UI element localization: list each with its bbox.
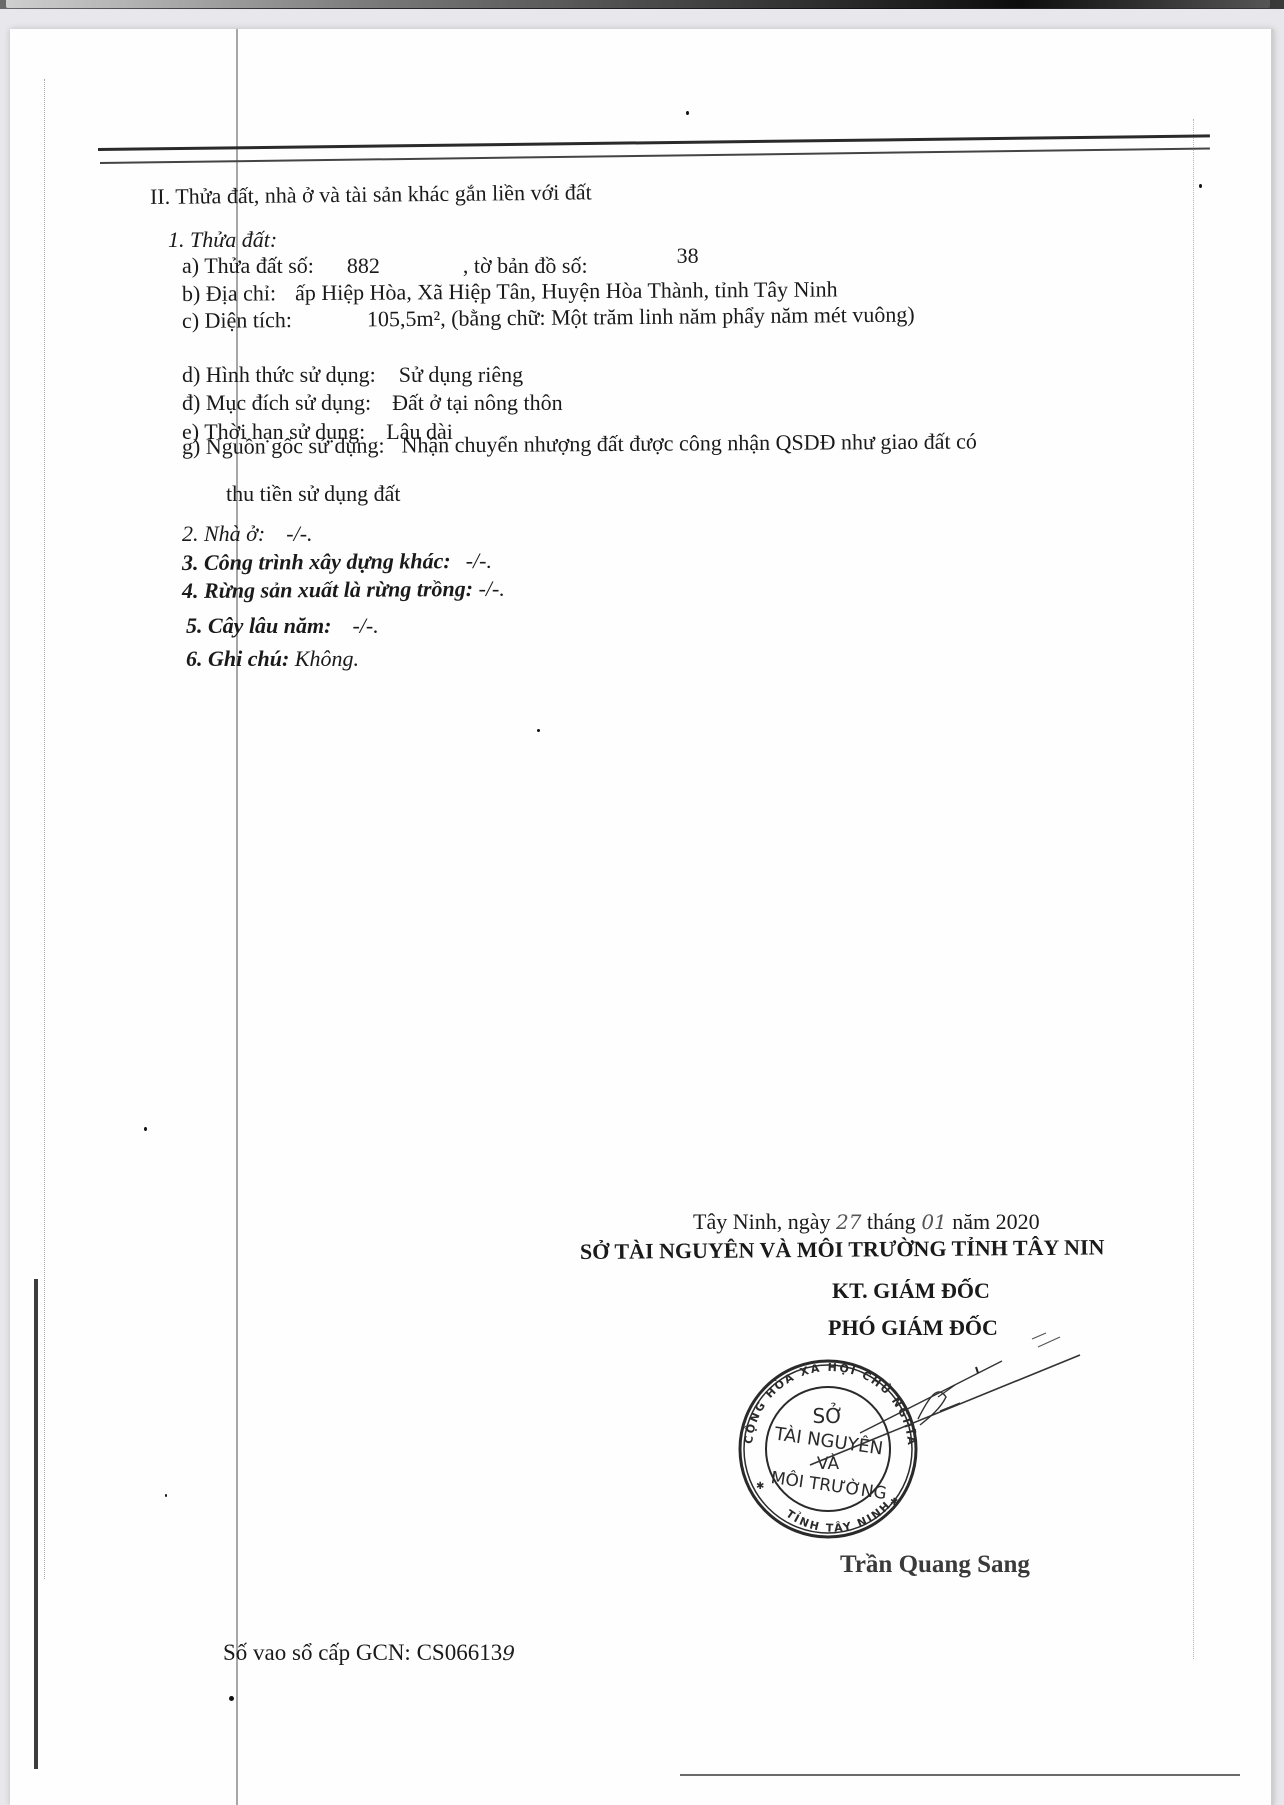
section-title: II. Thửa đất, nhà ở và tài sản khác gắn … — [150, 179, 592, 210]
svg-text:✱: ✱ — [890, 1497, 898, 1508]
field-label: c) Diện tích: — [182, 307, 292, 333]
date-prefix: Tây Ninh, ngày — [693, 1209, 830, 1234]
forest-row: 4. Rừng sản xuất là rừng trồng: -/-. — [182, 576, 505, 604]
document-content: II. Thửa đất, nhà ở và tài sản khác gắn … — [10, 29, 1274, 1805]
registry-handwritten-digit: 9 — [502, 1641, 515, 1665]
usage-origin-value: Nhận chuyển nhượng đất được công nhận QS… — [401, 428, 976, 457]
scan-speck — [1199, 184, 1202, 188]
field-label: đ) Mục đích sử dụng: — [182, 390, 371, 415]
field-label: a) Thửa đất số: — [182, 253, 314, 279]
parcel-number-value: 882 — [347, 253, 380, 278]
agency-name: SỞ TÀI NGUYÊN VÀ MÔI TRƯỜNG TỈNH TÂY NIN — [580, 1234, 1105, 1265]
scan-speck — [229, 1696, 234, 1701]
forest-label: 4. Rừng sản xuất là rừng trồng: — [182, 576, 473, 603]
year-label: năm — [952, 1209, 990, 1234]
date-day: 27 — [836, 1210, 861, 1234]
signature-icon — [770, 1325, 1110, 1495]
field-label: b) Địa chỉ: — [182, 280, 276, 306]
house-value: -/-. — [286, 521, 312, 546]
other-construction-row: 3. Công trình xây dựng khác: -/-. — [182, 548, 492, 576]
scanned-document-page: II. Thửa đất, nhà ở và tài sản khác gắn … — [10, 29, 1274, 1805]
scan-speck — [165, 1494, 167, 1497]
field-label: g) Nguồn gốc sử dụng: — [182, 433, 385, 459]
usage-origin-continuation: thu tiền sử dụng đất — [226, 481, 400, 507]
note-label: 6. Ghi chú: — [186, 646, 289, 671]
field-label: d) Hình thức sử dụng: — [182, 362, 376, 387]
forest-value: -/-. — [478, 576, 504, 601]
note-row: 6. Ghi chú: Không. — [186, 646, 359, 672]
address-value: ấp Hiệp Hòa, Xã Hiệp Tân, Huyện Hòa Thàn… — [295, 276, 838, 305]
registry-row: Số vao sổ cấp GCN: CS066139 — [223, 1640, 515, 1666]
window-top-strip — [0, 0, 1284, 9]
signer-name: Trần Quang Sang — [840, 1551, 1030, 1579]
usage-origin-row: g) Nguồn gốc sử dụng: Nhận chuyển nhượng… — [182, 428, 977, 460]
house-row: 2. Nhà ở: -/-. — [182, 521, 313, 547]
date-month: 01 — [921, 1210, 946, 1234]
map-sheet-label: , tờ bản đồ số: — [463, 253, 588, 278]
other-construction-value: -/-. — [466, 548, 492, 573]
area-value: 105,5m², (bằng chữ: Một trăm linh năm ph… — [367, 302, 915, 332]
top-strip-shadow — [6, 0, 1270, 8]
usage-form-row: d) Hình thức sử dụng: Sử dụng riêng — [182, 362, 523, 388]
map-sheet-value: 38 — [677, 243, 699, 268]
scan-speck — [537, 729, 540, 732]
perennial-label: 5. Cây lâu năm: — [186, 613, 331, 638]
perennial-value: -/-. — [352, 613, 378, 638]
usage-purpose-value: Đất ở tại nông thôn — [392, 390, 563, 415]
house-label: 2. Nhà ở: — [182, 521, 265, 546]
date-line: Tây Ninh, ngày 27 tháng 01 năm 2020 — [693, 1209, 1040, 1235]
month-label: tháng — [867, 1209, 916, 1234]
area-row: c) Diện tích: 105,5m², (bằng chữ: Một tr… — [182, 302, 915, 334]
on-behalf-title: KT. GIÁM ĐỐC — [832, 1278, 990, 1304]
registry-label: Số vao sổ cấp GCN: — [223, 1640, 411, 1665]
parcel-number-row: a) Thửa đất số: 882 , tờ bản đồ số: 38 — [182, 253, 699, 279]
land-parcel-heading: 1. Thửa đất: — [168, 227, 277, 253]
usage-purpose-row: đ) Mục đích sử dụng: Đất ở tại nông thôn — [182, 390, 563, 416]
svg-text:✱: ✱ — [756, 1481, 764, 1492]
note-value: Không. — [295, 646, 359, 671]
scan-speck — [144, 1127, 147, 1131]
other-construction-label: 3. Công trình xây dựng khác: — [182, 548, 451, 575]
perennial-row: 5. Cây lâu năm: -/-. — [186, 613, 379, 639]
registry-value: CS06613 — [417, 1640, 503, 1665]
usage-form-value: Sử dụng riêng — [399, 362, 523, 387]
date-year: 2020 — [996, 1209, 1040, 1234]
scan-speck — [686, 111, 689, 115]
